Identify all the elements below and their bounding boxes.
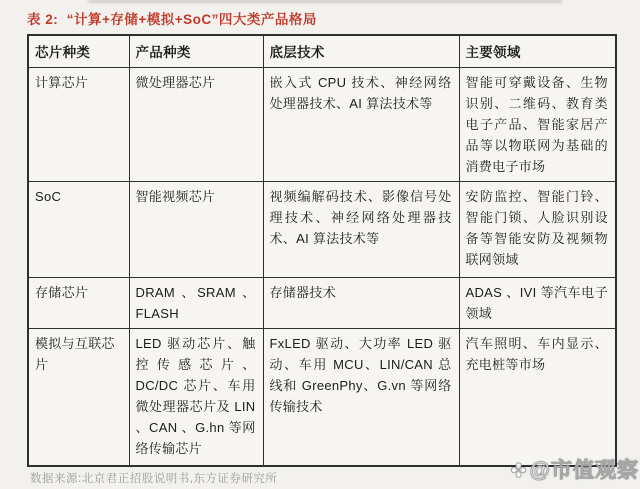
- data-source-note: 数据来源:北京君正招股说明书,东方证券研究所: [30, 470, 277, 486]
- report-table-figure: 表 2: “计算+存储+模拟+SoC”四大类产品格局 芯片种类 产品种类 底层技…: [0, 0, 640, 489]
- cell-r3-underlying-tech: 存储器技术: [263, 278, 459, 329]
- table-header-row: 芯片种类 产品种类 底层技术 主要领域: [28, 35, 616, 68]
- row-computing-chip: 计算芯片 微处理器芯片 嵌入式 CPU 技术、神经网络处理器技术、AI 算法技术…: [28, 68, 616, 182]
- cell-r3-main-areas: ADAS 、IVI 等汽车电子领域: [459, 278, 616, 329]
- watermark-text: @市值观察: [530, 459, 639, 482]
- cell-r1-main-areas: 智能可穿戴设备、生物识别、二维码、教育类电子产品、智能家居产品等以物联网为基础的…: [459, 68, 616, 182]
- table-title: 表 2: “计算+存储+模拟+SoC”四大类产品格局: [27, 8, 317, 28]
- column-header-product-category: 产品种类: [129, 35, 263, 68]
- watermark: ✤@市值观察: [511, 454, 639, 484]
- column-header-main-areas: 主要领域: [459, 35, 616, 68]
- cell-r1-product-category: 微处理器芯片: [129, 68, 263, 182]
- column-header-underlying-tech: 底层技术: [263, 35, 459, 68]
- cell-r2-product-category: 智能视频芯片: [129, 182, 263, 278]
- cell-r3-chip-category: 存储芯片: [28, 278, 129, 329]
- cell-r4-product-category: LED 驱动芯片、触控传感芯片、DC/DC 芯片、车用微处理器芯片及 LIN 、…: [129, 329, 263, 466]
- top-divider: [88, 0, 562, 3]
- cell-r4-chip-category: 模拟与互联芯片: [28, 329, 129, 466]
- cell-r2-main-areas: 安防监控、智能门铃、智能门锁、人脸识别设备等智能安防及视频物联网领域: [459, 182, 616, 278]
- cell-r2-chip-category: SoC: [28, 182, 129, 278]
- column-header-chip-category: 芯片种类: [28, 35, 129, 68]
- row-analog-interconnect-chip: 模拟与互联芯片 LED 驱动芯片、触控传感芯片、DC/DC 芯片、车用微处理器芯…: [28, 329, 616, 466]
- cell-r4-underlying-tech: FxLED 驱动、大功率 LED 驱动、车用 MCU、LIN/CAN 总线和 G…: [263, 329, 459, 466]
- cell-r2-underlying-tech: 视频编解码技术、影像信号处理技术、神经网络处理器技术、AI 算法技术等: [263, 182, 459, 278]
- product-category-table: 芯片种类 产品种类 底层技术 主要领域 计算芯片 微处理器芯片 嵌入式 CPU …: [27, 34, 617, 467]
- cell-r1-underlying-tech: 嵌入式 CPU 技术、神经网络处理器技术、AI 算法技术等: [263, 68, 459, 182]
- row-soc: SoC 智能视频芯片 视频编解码技术、影像信号处理技术、神经网络处理器技术、AI…: [28, 182, 616, 278]
- watermark-logo-icon: ✤: [511, 461, 528, 482]
- row-storage-chip: 存储芯片 DRAM 、SRAM 、FLASH 存储器技术 ADAS 、IVI 等…: [28, 278, 616, 329]
- cell-r1-chip-category: 计算芯片: [28, 68, 129, 182]
- cell-r3-product-category: DRAM 、SRAM 、FLASH: [129, 278, 263, 329]
- cell-r4-main-areas: 汽车照明、车内显示、充电桩等市场: [459, 329, 616, 466]
